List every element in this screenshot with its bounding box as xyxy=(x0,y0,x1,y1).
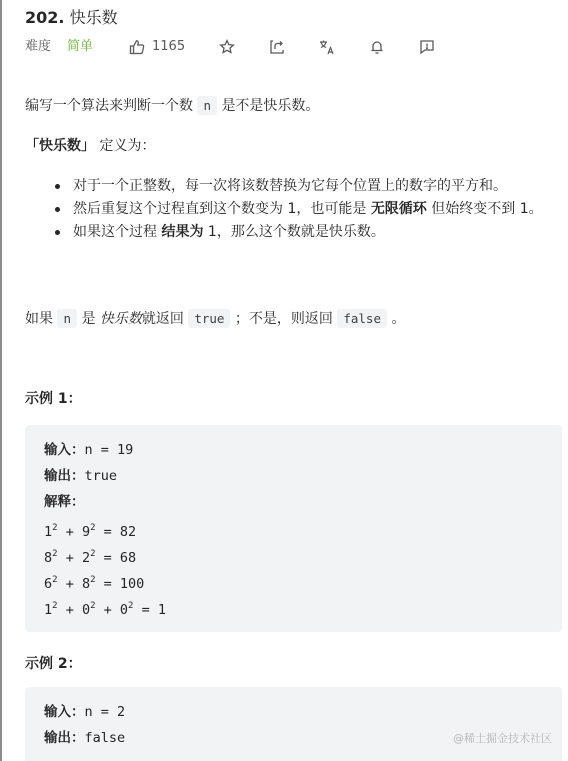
base: 0 xyxy=(120,602,128,618)
left-border xyxy=(0,0,2,761)
return-text: 。 xyxy=(391,311,405,327)
rule-bold: 无限循环 xyxy=(371,201,427,217)
watermark: @稀土掘金技术社区 xyxy=(453,730,552,746)
code-n: n xyxy=(197,96,217,115)
star-icon[interactable] xyxy=(218,38,236,56)
base: 0 xyxy=(82,602,90,618)
intro-text: 编写一个算法来判断一个数 xyxy=(25,98,193,114)
base: 2 xyxy=(82,550,90,566)
example-1-title: 示例 1： xyxy=(25,388,82,408)
input-value: n = 19 xyxy=(85,442,134,458)
example-input: 输入：n = 19 xyxy=(44,440,133,460)
example-output: 输出：false xyxy=(44,728,125,748)
input-label: 输入： xyxy=(44,442,85,458)
difficulty-value: 简单 xyxy=(67,38,93,56)
output-label: 输出： xyxy=(44,730,85,746)
output-value: false xyxy=(85,730,126,746)
example-explain: 解释： xyxy=(44,492,85,512)
rule-item: 然后重复这个过程直到这个数变为 1，也可能是 无限循环 但始终变不到 1。 xyxy=(53,198,563,221)
result: = 68 xyxy=(96,550,137,566)
rule-text: 对于一个正整数，每一次将该数替换为它每个位置上的数字的平方和。 xyxy=(73,178,507,194)
definition-heading: 「快乐数」 定义为： xyxy=(25,135,155,155)
translate-icon[interactable] xyxy=(318,38,336,56)
intro-text-end: 是不是快乐数。 xyxy=(221,98,319,114)
definition-text: 定义为： xyxy=(99,138,155,154)
rule-text: 然后重复这个过程直到这个数变为 1，也可能是 xyxy=(73,201,366,217)
problem-title: 202. 快乐数 xyxy=(25,5,118,28)
return-text: 如果 xyxy=(25,311,53,327)
base: 1 xyxy=(44,524,52,540)
base: 6 xyxy=(44,576,52,592)
base: 8 xyxy=(44,550,52,566)
return-text: 就返回 xyxy=(142,311,184,327)
input-label: 输入： xyxy=(44,704,85,720)
example-output: 输出：true xyxy=(44,466,117,486)
example-2-box: 输入：n = 2 输出：false @稀土掘金技术社区 xyxy=(25,687,562,761)
rules-list: 对于一个正整数，每一次将该数替换为它每个位置上的数字的平方和。 然后重复这个过程… xyxy=(53,175,563,244)
rule-item: 如果这个过程 结果为 1，那么这个数就是快乐数。 xyxy=(53,221,563,244)
input-value: n = 2 xyxy=(85,704,126,720)
result: = 100 xyxy=(96,576,145,592)
explain-label: 解释： xyxy=(44,494,85,510)
problem-name: 快乐数 xyxy=(70,8,118,27)
output-label: 输出： xyxy=(44,468,85,484)
like-count: 1165 xyxy=(152,38,185,56)
rule-item: 对于一个正整数，每一次将该数替换为它每个位置上的数字的平方和。 xyxy=(53,175,563,198)
output-value: true xyxy=(85,468,118,484)
explain-step: 62 + 82 = 100 xyxy=(44,570,144,590)
example-input: 输入：n = 2 xyxy=(44,702,125,722)
code-true: true xyxy=(188,309,230,328)
code-false: false xyxy=(337,309,387,328)
code-n: n xyxy=(57,309,77,328)
problem-number: 202. xyxy=(25,8,64,27)
rule-text: 1，那么这个数就是快乐数。 xyxy=(208,224,385,240)
explain-step: 82 + 22 = 68 xyxy=(44,544,136,564)
share-icon[interactable] xyxy=(268,38,286,56)
bell-icon[interactable] xyxy=(368,38,386,56)
return-description: 如果 n 是 快乐数就返回 true ；不是，则返回 false 。 xyxy=(25,308,405,328)
feedback-icon[interactable] xyxy=(418,38,436,56)
thumbs-up-icon xyxy=(128,38,146,56)
explain-step: 12 + 92 = 82 xyxy=(44,518,136,538)
difficulty-label: 难度 xyxy=(25,38,51,56)
base: 1 xyxy=(44,602,52,618)
rule-text: 如果这个过程 xyxy=(73,224,157,240)
return-italic: 快乐数 xyxy=(100,311,142,327)
problem-meta-bar: 难度 简单 1165 xyxy=(25,38,565,58)
return-text: ；不是，则返回 xyxy=(235,311,333,327)
base: 9 xyxy=(82,524,90,540)
like-button[interactable]: 1165 xyxy=(128,38,185,56)
explain-step: 12 + 02 + 02 = 1 xyxy=(44,596,166,616)
example-1-box: 输入：n = 19 输出：true 解释： 12 + 92 = 82 82 + … xyxy=(25,425,562,632)
base: 8 xyxy=(82,576,90,592)
rule-bold: 结果为 xyxy=(161,224,203,240)
description-intro: 编写一个算法来判断一个数 n 是不是快乐数。 xyxy=(25,95,319,115)
return-text: 是 xyxy=(81,311,95,327)
result: = 1 xyxy=(133,602,166,618)
definition-term: 「快乐数」 xyxy=(25,138,95,154)
result: = 82 xyxy=(96,524,137,540)
example-2-title: 示例 2： xyxy=(25,653,82,673)
rule-text: 但始终变不到 1。 xyxy=(431,201,542,217)
